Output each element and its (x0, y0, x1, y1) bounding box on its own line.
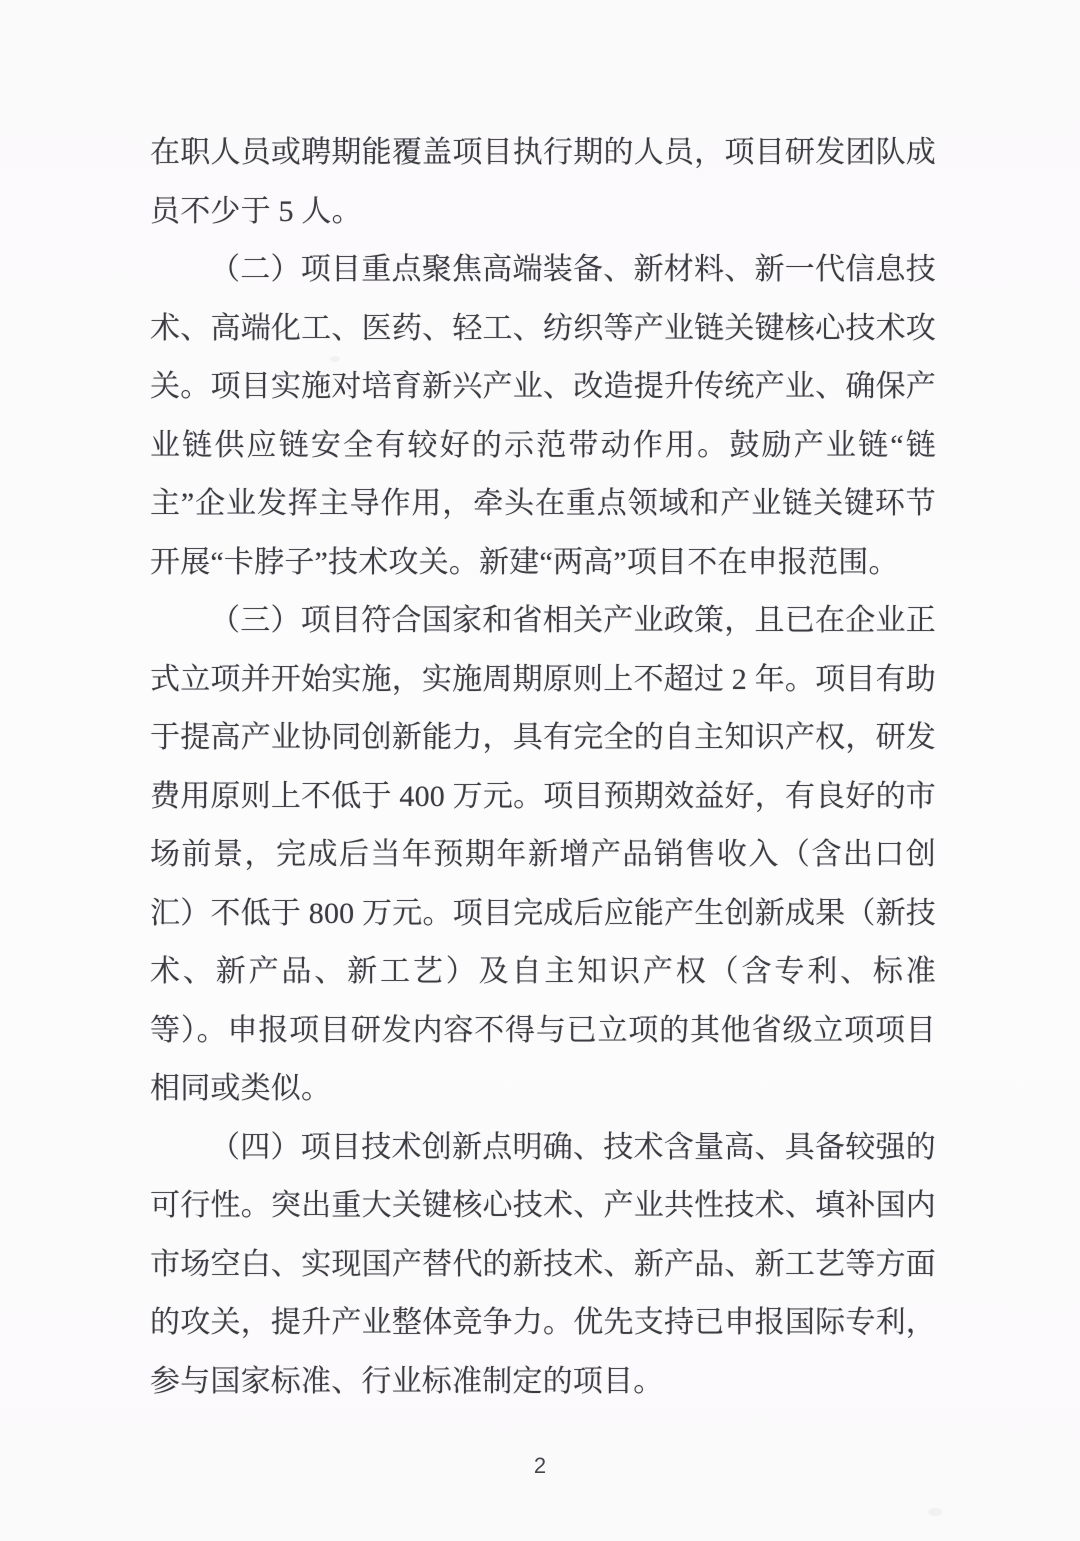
paragraph-continuation: 在职人员或聘期能覆盖项目执行期的人员，项目研发团队成员不少于 5 人。 (150, 124, 936, 241)
scan-artifact (330, 356, 340, 362)
document-body: 在职人员或聘期能覆盖项目执行期的人员，项目研发团队成员不少于 5 人。 （二）项… (150, 124, 936, 1411)
paragraph-item-2: （二）项目重点聚焦高端装备、新材料、新一代信息技术、高端化工、医药、轻工、纺织等… (150, 241, 936, 592)
document-page: 在职人员或聘期能覆盖项目执行期的人员，项目研发团队成员不少于 5 人。 （二）项… (0, 0, 1080, 1541)
scan-artifact (928, 1508, 942, 1516)
paragraph-item-3: （三）项目符合国家和省相关产业政策，且已在企业正式立项并开始实施，实施周期原则上… (150, 592, 936, 1119)
paragraph-item-4: （四）项目技术创新点明确、技术含量高、具备较强的可行性。突出重大关键核心技术、产… (150, 1119, 936, 1412)
page-number: 2 (0, 1452, 1080, 1480)
